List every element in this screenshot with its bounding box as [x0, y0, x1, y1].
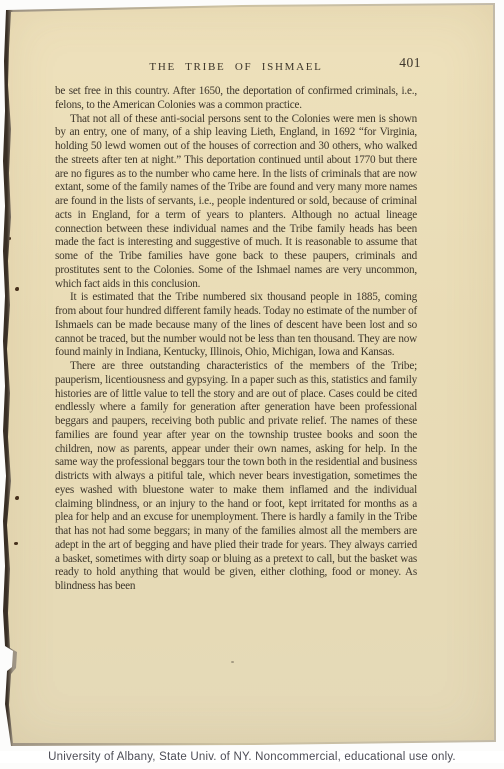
foxing-spot — [15, 287, 19, 291]
paragraph: be set free in this country. After 1650,… — [55, 85, 417, 113]
attribution-caption: University of Albany, State Univ. of NY.… — [0, 751, 504, 763]
body-text: be set free in this country. After 1650,… — [55, 85, 417, 594]
foxing-spot — [14, 542, 18, 545]
scanned-book-page-view: THE TRIBE OF ISHMAEL 401 be set free in … — [0, 0, 504, 769]
scan-speck — [231, 661, 234, 663]
paragraph: It is estimated that the Tribe numbered … — [55, 291, 417, 360]
foxing-spot — [15, 496, 19, 500]
running-head-row: THE TRIBE OF ISHMAEL 401 — [55, 57, 417, 75]
book-page: THE TRIBE OF ISHMAEL 401 be set free in … — [2, 1, 498, 747]
running-head-title: THE TRIBE OF ISHMAEL — [149, 61, 322, 73]
paragraph: There are three outstanding characterist… — [55, 360, 417, 594]
paragraph: That not all of these anti-social person… — [55, 113, 417, 292]
page-number: 401 — [399, 55, 421, 71]
